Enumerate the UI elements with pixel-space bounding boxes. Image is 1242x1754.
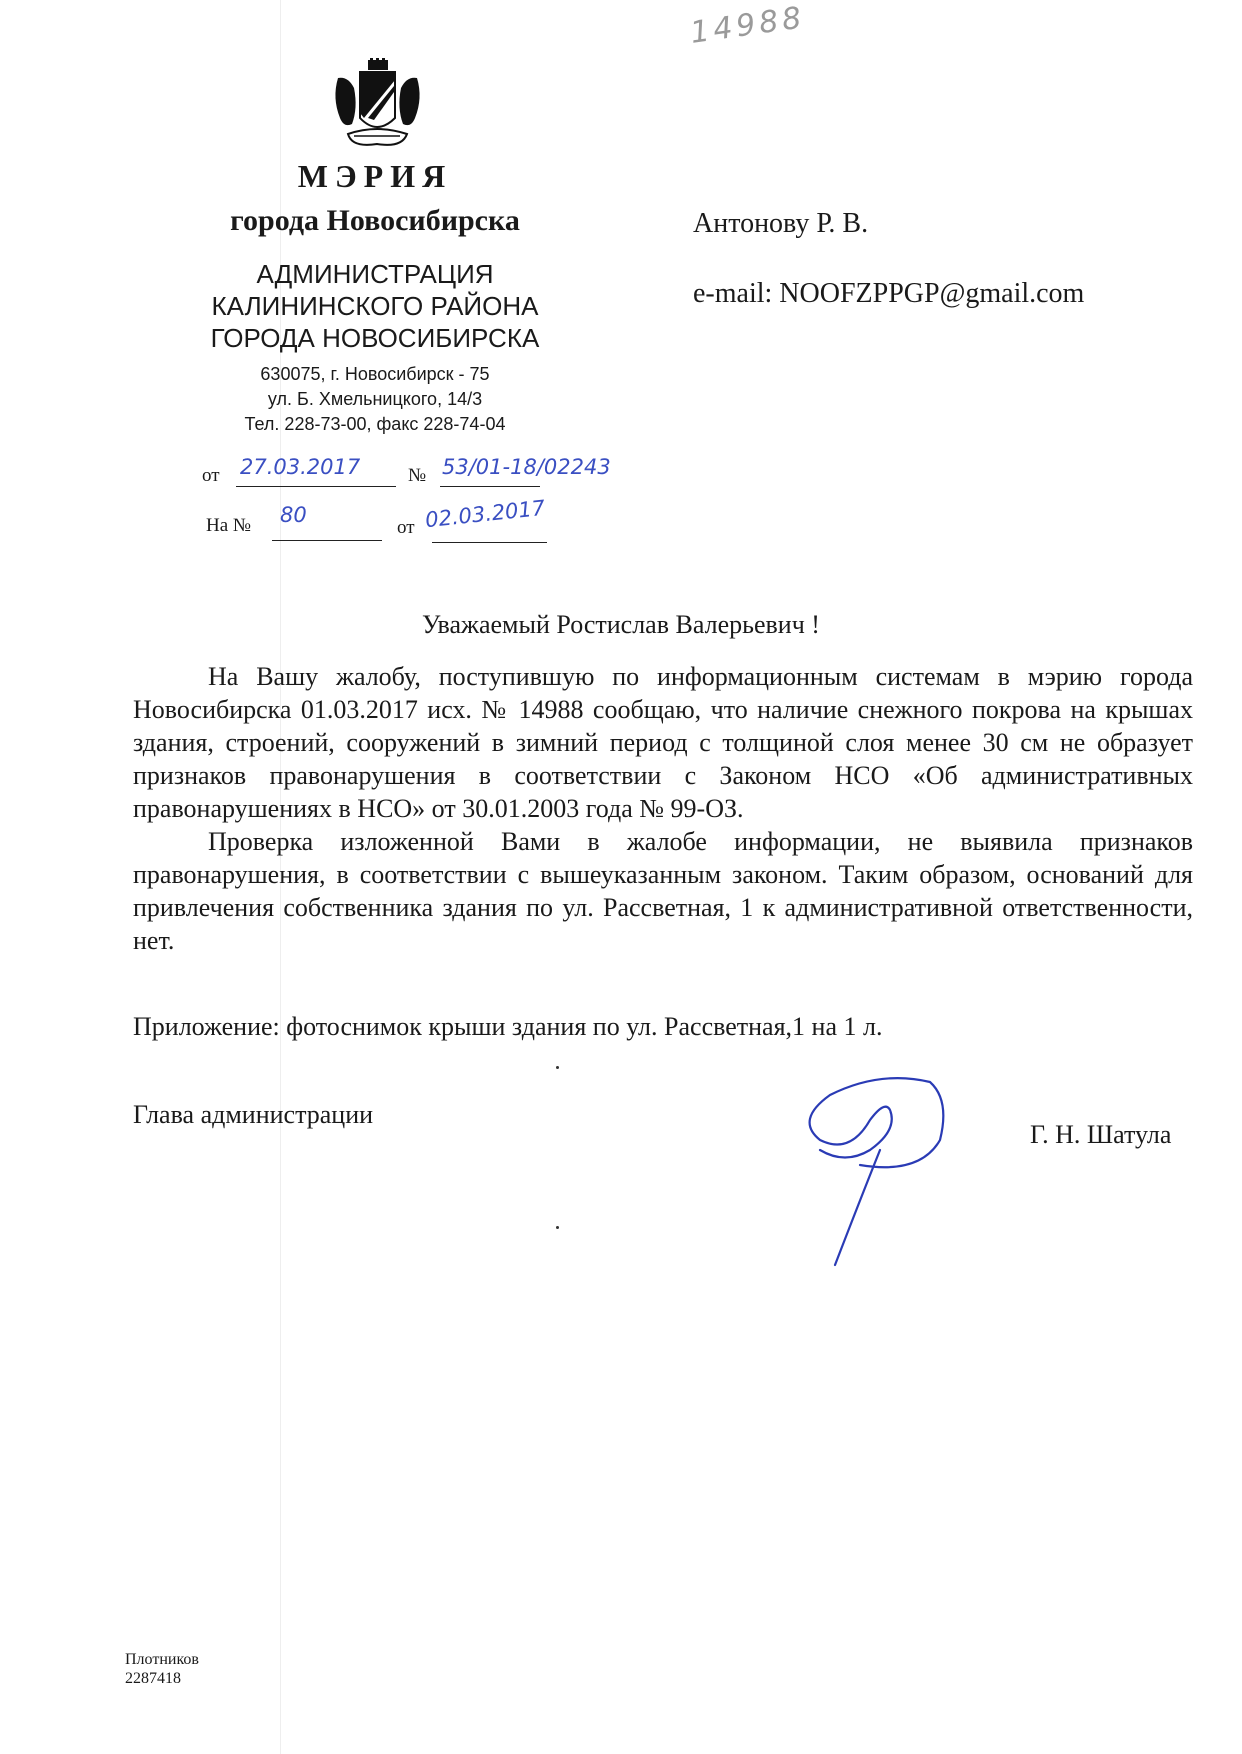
admin-block: АДМИНИСТРАЦИЯ КАЛИНИНСКОГО РАЙОНА ГОРОДА… (180, 258, 570, 354)
executor-block: Плотников 2287418 (125, 1650, 199, 1688)
address-line: 630075, г. Новосибирск - 75 (180, 362, 570, 387)
reg-date-underline (236, 486, 396, 487)
org-title: МЭРИЯ (180, 158, 570, 195)
reg-number-underline (440, 486, 540, 487)
scan-speck (556, 1226, 559, 1229)
executor-phone: 2287418 (125, 1669, 199, 1688)
attachment-note: Приложение: фотоснимок крыши здания по у… (133, 1012, 882, 1042)
salutation: Уважаемый Ростислав Валерьевич ! (0, 610, 1242, 640)
admin-line: АДМИНИСТРАЦИЯ (180, 258, 570, 290)
reg-date: 27.03.2017 (240, 455, 360, 479)
reply-date-underline (432, 542, 547, 543)
org-city: города Новосибирска (180, 204, 570, 238)
signer-name: Г. Н. Шатула (1030, 1120, 1171, 1150)
novosibirsk-coat-of-arms-icon (330, 58, 425, 158)
admin-line: КАЛИНИНСКОГО РАЙОНА (180, 290, 570, 322)
reg-from-label: от (202, 465, 220, 487)
recipient-email: e-mail: NOOFZPPGP@gmail.com (693, 278, 1084, 310)
letter-body: На Вашу жалобу, поступившую по информаци… (133, 660, 1193, 957)
recipient-name: Антонову Р. В. (693, 208, 868, 240)
scan-speck (556, 1066, 559, 1069)
body-paragraph: Проверка изложенной Вами в жалобе информ… (133, 825, 1193, 957)
executor-name: Плотников (125, 1650, 199, 1669)
address-line: Тел. 228-73-00, факс 228-74-04 (180, 412, 570, 437)
signer-role: Глава администрации (133, 1100, 373, 1130)
reply-number: 80 (280, 503, 307, 527)
reply-from-label: от (397, 517, 415, 539)
address-block: 630075, г. Новосибирск - 75 ул. Б. Хмель… (180, 362, 570, 437)
handwritten-signature-icon (790, 1070, 970, 1270)
reply-date: 02.03.2017 (424, 496, 546, 532)
reply-number-label: На № (206, 515, 251, 537)
reply-number-underline (272, 540, 382, 541)
admin-line: ГОРОДА НОВОСИБИРСКА (180, 322, 570, 354)
reg-number-label: № (408, 465, 426, 487)
body-paragraph: На Вашу жалобу, поступившую по информаци… (133, 660, 1193, 825)
registration-mark: 14988 (688, 0, 807, 51)
reg-number: 53/01-18/02243 (442, 455, 611, 479)
address-line: ул. Б. Хмельницкого, 14/3 (180, 387, 570, 412)
